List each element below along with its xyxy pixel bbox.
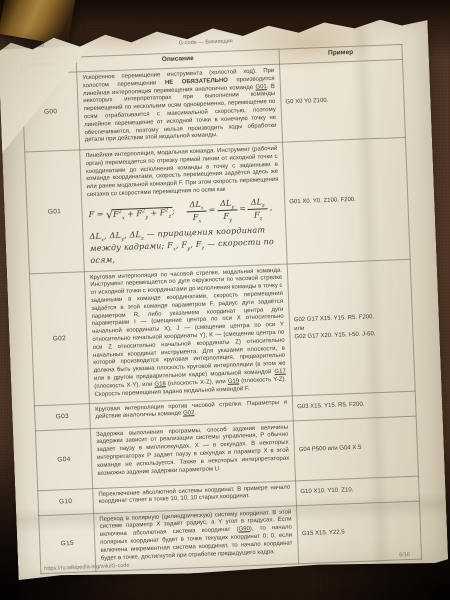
fraction-y: ΔLyFy bbox=[217, 198, 238, 223]
example-cell: G04 P500 или G04 X.5 bbox=[293, 416, 418, 481]
example-cell: G0 X0 Y0 Z100. bbox=[280, 59, 406, 142]
wooden-furniture-edge bbox=[0, 0, 76, 46]
formula-symbol: = bbox=[97, 210, 104, 221]
table-row-g01: G01 Линейная интерполяция, модальная ком… bbox=[25, 137, 410, 273]
formula-symbol: F bbox=[89, 210, 95, 221]
code-cell: G01 bbox=[25, 150, 85, 274]
table-row-g00: G00 Ускоренное перемещение инструмента (… bbox=[22, 59, 406, 152]
description-cell: Задержка выполнения программы, способ за… bbox=[90, 420, 295, 488]
gcode-reference-table: команда Описание Пример G00 Ускоренное п… bbox=[21, 44, 423, 574]
document-title: G-code — Википедия bbox=[179, 38, 233, 46]
description-cell: Круговая интерполяция по часовой стрелке… bbox=[84, 264, 292, 404]
footer-page-number: 6/10 bbox=[399, 552, 410, 558]
example-cell: G01 X0. Y0. Z100. F200. bbox=[283, 137, 411, 263]
formula-line-1: F = √F2x + F2y + F2z; ΔLxFx = ΔLyFy = ΔL… bbox=[88, 197, 280, 228]
fraction-x: ΔLxFx bbox=[186, 199, 207, 224]
code-cell: G02 bbox=[29, 271, 89, 405]
description-cell: Ускоренное перемещение инструмента (холо… bbox=[77, 64, 283, 150]
code-cell: G10 bbox=[38, 488, 94, 515]
printed-page: 2, 15:09 G-code — Википедия команда Опис… bbox=[0, 18, 448, 580]
code-cell: G03 bbox=[34, 403, 90, 430]
g01-description-text: Линейная интерполяция, модальная команда… bbox=[85, 146, 279, 200]
fraction-z: ΔLzFz bbox=[248, 197, 269, 222]
description-cell: Линейная интерполяция, модальная команда… bbox=[80, 142, 288, 271]
g01-feed-formula: F = √F2x + F2y + F2z; ΔLxFx = ΔLyFy = ΔL… bbox=[88, 197, 281, 267]
radicand: F2x + F2y + F2z bbox=[112, 207, 173, 221]
example-cell: G02 G17 X15. Y15. R5. F200.илиG02 G17 X2… bbox=[287, 259, 415, 396]
photo-of-gcode-document: 2, 15:09 G-code — Википедия команда Опис… bbox=[0, 0, 450, 600]
formula-line-2: ΔLx, ΔLy, ΔLz — приращения координат меж… bbox=[89, 223, 281, 266]
code-cell: G04 bbox=[35, 428, 92, 490]
table-row-g02: G02 Круговая интерполяция по часовой стр… bbox=[29, 259, 415, 406]
